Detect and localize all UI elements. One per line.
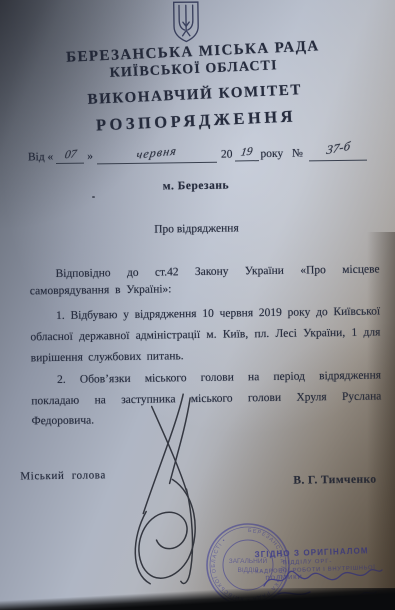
handwritten-day: 07 [64,148,77,161]
subject-line: Про відрядження [0,220,394,238]
date-number-line: Від « 07 » червня 20 19 року № 37-б [28,145,367,166]
paper-speck [92,196,95,198]
year-suffix: року [260,148,283,160]
month-blank: червня [97,147,217,165]
letterhead: БЕРЕЗАНСЬКА МІСЬКА РАДА КИЇВСЬКОЇ ОБЛАСТ… [0,35,394,140]
paragraph-1: 1. Відбуваю у відрядження 10 червня 2019… [30,302,381,369]
certifier-signature-scribble [258,560,384,608]
date-close-quote: » [87,150,93,162]
ukraine-trident-icon [160,1,213,44]
intro-paragraph: Відповідно до ст.42 Закону України «Про … [29,261,379,299]
number-blank: 37-б [309,145,367,162]
date-prefix: Від « [28,151,54,163]
handwritten-month: червня [136,144,179,163]
place-line: м. Березань [0,177,393,195]
document-content: БЕРЕЗАНСЬКА МІСЬКА РАДА КИЇВСЬКОЇ ОБЛАСТ… [0,0,395,610]
handwritten-year: 19 [240,146,253,159]
number-label: № [292,148,303,160]
handwritten-number: 37-б [325,139,350,158]
signer-position: Міський голова [20,469,106,482]
year-blank: 19 [234,148,258,161]
day-blank: 07 [56,151,84,164]
signer-name: В. Г. Тимченко [293,474,376,487]
year-printed: 20 [221,148,233,160]
document-photo: БЕРЕЗАНСЬКА МІСЬКА РАДА КИЇВСЬКОЇ ОБЛАСТ… [0,0,395,610]
